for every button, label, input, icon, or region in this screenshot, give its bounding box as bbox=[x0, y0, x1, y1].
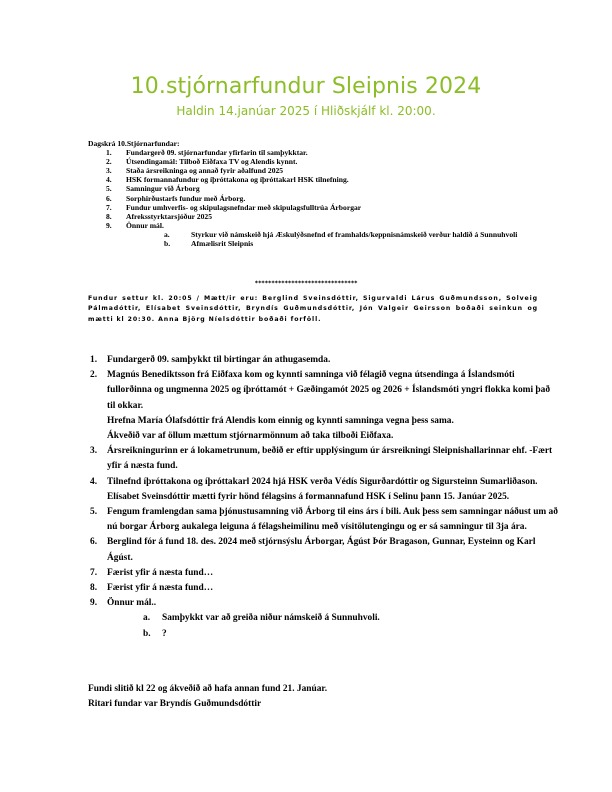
list-number: 7. bbox=[106, 203, 112, 212]
list-number: 2. bbox=[106, 157, 112, 166]
agenda-item-text: Afreksstyrktarsjóður 2025 bbox=[126, 212, 548, 221]
list-number: 8. bbox=[90, 581, 97, 596]
agenda-item-text: Staða ársreikninga og annað fyrir aðalfu… bbox=[126, 166, 548, 175]
attendance-paragraph: Fundur settur kl. 20:05 / Mætt/ir eru: B… bbox=[88, 294, 538, 325]
closing-note: Fundi slitið kl 22 og ákveðið að hafa an… bbox=[88, 682, 558, 697]
list-number: 7. bbox=[90, 566, 97, 581]
minutes-item: 8.Færist yfir á næsta fund… bbox=[90, 581, 560, 596]
agenda-item: 2.Útsendingamál: Tilboð Eiðfaxa TV og Al… bbox=[88, 157, 548, 166]
minutes-paragraph: Tilnefnd íþróttakona og íþróttakarl 2024… bbox=[107, 475, 560, 505]
document-title: 10.stjórnarfundur Sleipnis 2024 bbox=[0, 74, 612, 99]
agenda-item-text: Fundargerð 09. stjórnarfundar yfirfarin … bbox=[126, 148, 548, 157]
list-number: b. bbox=[143, 627, 151, 642]
list-number: 1. bbox=[106, 148, 112, 157]
agenda-item: 3.Staða ársreikninga og annað fyrir aðal… bbox=[88, 166, 548, 175]
agenda-item-text: Önnur mál. bbox=[126, 221, 548, 230]
agenda-sub-list: a.Styrkur við námskeið hjá Æskulýðsnefnd… bbox=[126, 230, 548, 248]
list-number: 1. bbox=[90, 353, 97, 368]
agenda-sub-item-text: Afmælisrit Sleipnis bbox=[191, 239, 548, 248]
agenda-sub-item-text: Styrkur við námskeið hjá Æskulýðsnefnd e… bbox=[191, 230, 548, 239]
list-number: 5. bbox=[90, 505, 97, 520]
agenda-item-text: Sorphirðustarfs fundur með Árborg. bbox=[126, 194, 548, 203]
agenda-section: Dagskrá 10.Stjórnarfundar: 1.Fundargerð … bbox=[88, 139, 548, 248]
list-number: 8. bbox=[106, 212, 112, 221]
list-number: 6. bbox=[90, 535, 97, 550]
minutes-item: 9.Önnur mál..a.Samþykkt var að greiða ni… bbox=[90, 596, 560, 642]
minutes-paragraph: Önnur mál.. bbox=[107, 596, 560, 611]
minutes-paragraph: Færist yfir á næsta fund… bbox=[107, 566, 560, 581]
minutes-paragraph: Fengum framlengdan sama þjónustusamning … bbox=[107, 505, 560, 535]
list-number: 6. bbox=[106, 194, 112, 203]
minutes-paragraph: Ársreikningurinn er á lokametrunum, beði… bbox=[107, 444, 560, 474]
agenda-heading: Dagskrá 10.Stjórnarfundar: bbox=[88, 139, 548, 148]
agenda-item: 5.Samningur við Árborg bbox=[88, 184, 548, 193]
agenda-item: 7.Fundur umhverfis- og skipulagsnefndar … bbox=[88, 203, 548, 212]
minutes-item: 1.Fundargerð 09. samþykkt til birtingar … bbox=[90, 353, 560, 368]
list-number: a. bbox=[164, 230, 170, 239]
agenda-list: 1.Fundargerð 09. stjórnarfundar yfirfari… bbox=[88, 148, 548, 248]
list-number: 5. bbox=[106, 184, 112, 193]
minutes-paragraph: Ákveðið var af öllum mættum stjórnarmönn… bbox=[107, 429, 560, 444]
minutes-sub-item-text: ? bbox=[162, 627, 560, 642]
agenda-sub-item: b.Afmælisrit Sleipnis bbox=[126, 239, 548, 248]
minutes-item: 3.Ársreikningurinn er á lokametrunum, be… bbox=[90, 444, 560, 474]
minutes-sub-list: a.Samþykkt var að greiða niður námskeið … bbox=[107, 611, 560, 641]
list-number: 4. bbox=[106, 175, 112, 184]
agenda-item: 9.Önnur mál.a.Styrkur við námskeið hjá Æ… bbox=[88, 221, 548, 248]
minutes-item: 6.Berglind fór á fund 18. des. 2024 með … bbox=[90, 535, 560, 565]
minutes-item: 5.Fengum framlengdan sama þjónustusamnin… bbox=[90, 505, 560, 535]
list-number: 2. bbox=[90, 368, 97, 383]
minutes-section: 1.Fundargerð 09. samþykkt til birtingar … bbox=[90, 353, 560, 642]
minutes-sub-item: b.? bbox=[107, 627, 560, 642]
minutes-list: 1.Fundargerð 09. samþykkt til birtingar … bbox=[90, 353, 560, 642]
agenda-item-text: Fundur umhverfis- og skipulagsnefndar me… bbox=[126, 203, 548, 212]
minutes-paragraph: Færist yfir á næsta fund… bbox=[107, 581, 560, 596]
minutes-item: 2.Magnús Benediktsson frá Eiðfaxa kom og… bbox=[90, 368, 560, 444]
agenda-item-text: Samningur við Árborg bbox=[126, 184, 548, 193]
list-number: a. bbox=[143, 611, 150, 626]
agenda-item: 1.Fundargerð 09. stjórnarfundar yfirfari… bbox=[88, 148, 548, 157]
agenda-item-text: Útsendingamál: Tilboð Eiðfaxa TV og Alen… bbox=[126, 157, 548, 166]
minutes-paragraph: Hrefna María Ólafsdóttir frá Alendis kom… bbox=[107, 414, 560, 429]
secretary-note: Ritari fundar var Bryndís Guðmundsdóttir bbox=[88, 697, 558, 712]
agenda-item: 8.Afreksstyrktarsjóður 2025 bbox=[88, 212, 548, 221]
list-number: b. bbox=[164, 239, 170, 248]
list-number: 3. bbox=[106, 166, 112, 175]
footer: Fundi slitið kl 22 og ákveðið að hafa an… bbox=[88, 682, 558, 712]
minutes-item: 4.Tilnefnd íþróttakona og íþróttakarl 20… bbox=[90, 475, 560, 505]
minutes-paragraph: Berglind fór á fund 18. des. 2024 með st… bbox=[107, 535, 560, 565]
list-number: 9. bbox=[106, 221, 112, 230]
minutes-paragraph: Fundargerð 09. samþykkt til birtingar án… bbox=[107, 353, 560, 368]
agenda-item: 6.Sorphirðustarfs fundur með Árborg. bbox=[88, 194, 548, 203]
minutes-item: 7.Færist yfir á næsta fund… bbox=[90, 566, 560, 581]
separator: ******************************* bbox=[0, 280, 612, 287]
list-number: 3. bbox=[90, 444, 97, 459]
list-number: 9. bbox=[90, 596, 97, 611]
minutes-paragraph: Magnús Benediktsson frá Eiðfaxa kom og k… bbox=[107, 368, 560, 414]
minutes-sub-item-text: Samþykkt var að greiða niður námskeið á … bbox=[162, 611, 560, 626]
agenda-sub-item: a.Styrkur við námskeið hjá Æskulýðsnefnd… bbox=[126, 230, 548, 239]
document-subtitle: Haldin 14.janúar 2025 í Hliðskjálf kl. 2… bbox=[0, 104, 612, 118]
list-number: 4. bbox=[90, 475, 97, 490]
minutes-sub-item: a.Samþykkt var að greiða niður námskeið … bbox=[107, 611, 560, 626]
